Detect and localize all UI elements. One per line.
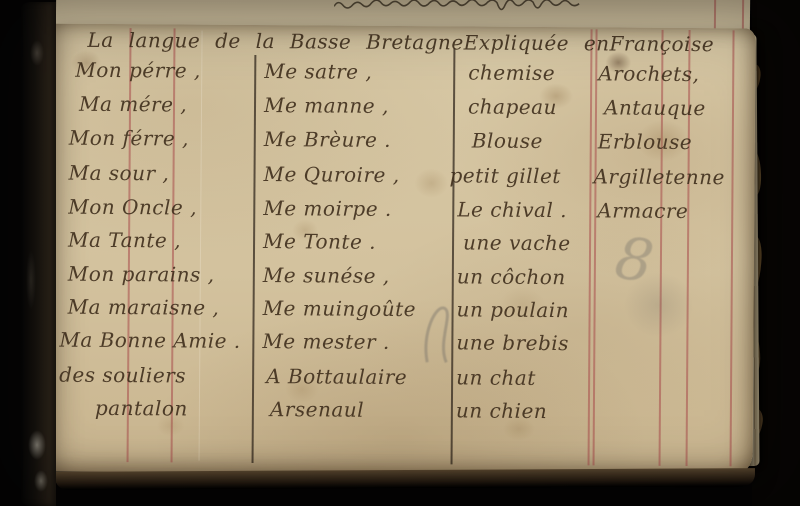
term-breton: A Bottaulaire <box>266 364 407 389</box>
term-french: chapeau <box>468 94 557 119</box>
vocab-row: Ma Tante , Me Tonte . une vache <box>0 227 800 263</box>
term-french: Le chival . <box>457 197 567 222</box>
spine-worn-spot <box>26 250 36 310</box>
term-french: Mon Oncle , <box>68 195 197 220</box>
vocab-row: Ma mére , Me manne , chapeau Antauque <box>1 91 800 127</box>
vocab-row: Ma maraisne , Me muingoûte un poulain <box>0 294 800 330</box>
term-french: Ma sour , <box>68 161 169 186</box>
term-french: un chien <box>456 398 547 423</box>
vocab-row: Mon Oncle , Me moirpe . Le chival . Arma… <box>0 194 800 230</box>
title-part-2: Expliquée en <box>464 30 610 55</box>
term-french: Ma Tante , <box>68 228 181 253</box>
vocab-row: Ma sour , Me Quroire , petit gillet Argi… <box>0 160 800 196</box>
term-french: une vache <box>463 230 571 255</box>
title-part-3: Françoise <box>610 31 715 56</box>
spine-worn-spot <box>28 430 46 460</box>
term-breton: Me Tonte . <box>263 229 376 254</box>
term-french: un poulain <box>457 297 570 322</box>
term-breton: Arochets, <box>598 61 699 86</box>
term-breton: Erblouse <box>598 129 693 154</box>
term-breton: Antauque <box>604 95 706 120</box>
term-breton: Me muingoûte <box>263 296 417 321</box>
pencil-scribble <box>415 298 468 370</box>
page-underside-shadow <box>55 468 755 490</box>
term-breton: Me moirpe . <box>263 196 392 221</box>
term-french: Blouse <box>472 128 543 152</box>
term-breton: Me mester . <box>262 329 390 354</box>
page-title: La langue de la Basse Bretagne Expliquée… <box>87 28 705 56</box>
term-french: un côchon <box>457 264 566 289</box>
term-breton: Me satre , <box>264 59 372 84</box>
vocab-row: Mon férre , Me Brèure . Blouse Erblouse <box>1 125 800 161</box>
term-breton: Me manne , <box>264 93 389 118</box>
term-breton: Me Quroire , <box>263 162 399 187</box>
term-breton: Me sunése , <box>263 263 390 288</box>
term-french: Mon férre , <box>69 126 189 151</box>
term-french: Ma maraisne , <box>68 295 220 320</box>
spine-worn-spot <box>30 40 44 66</box>
term-breton: Arsenaul <box>270 397 364 422</box>
term-french: une brebis <box>456 330 569 355</box>
vocab-row: Mon pérre , Me satre , chemise Arochets, <box>1 57 800 93</box>
photograph-of-manuscript: La langue de la Basse Bretagne Expliquée… <box>0 0 800 506</box>
term-breton: Armacre <box>597 198 688 223</box>
term-french: Ma mére , <box>79 92 187 117</box>
term-french: petit gillet <box>449 163 561 188</box>
title-part-1: La langue de la Basse Bretagne <box>87 28 463 55</box>
term-french: Mon parains , <box>68 262 215 287</box>
term-french: chemise <box>468 60 555 85</box>
term-breton: Argilletenne <box>593 164 724 189</box>
term-french: un chat <box>456 365 536 390</box>
vocab-row: des souliers A Bottaulaire un chat <box>0 362 799 398</box>
vocab-row: Mon parains , Me sunése , un côchon <box>0 261 800 297</box>
term-french: pantalon <box>95 396 188 421</box>
page-group: La langue de la Basse Bretagne Expliquée… <box>0 0 800 506</box>
vocab-row: Ma Bonne Amie . Me mester . une brebis <box>0 327 799 363</box>
term-french: Ma Bonne Amie . <box>59 328 240 353</box>
spine-worn-spot <box>34 470 48 492</box>
vocab-row: pantalon Arsenaul un chien <box>0 395 799 431</box>
term-french: Mon pérre , <box>75 58 201 83</box>
term-breton: Me Brèure . <box>264 127 391 152</box>
term-french: des souliers <box>59 363 186 388</box>
